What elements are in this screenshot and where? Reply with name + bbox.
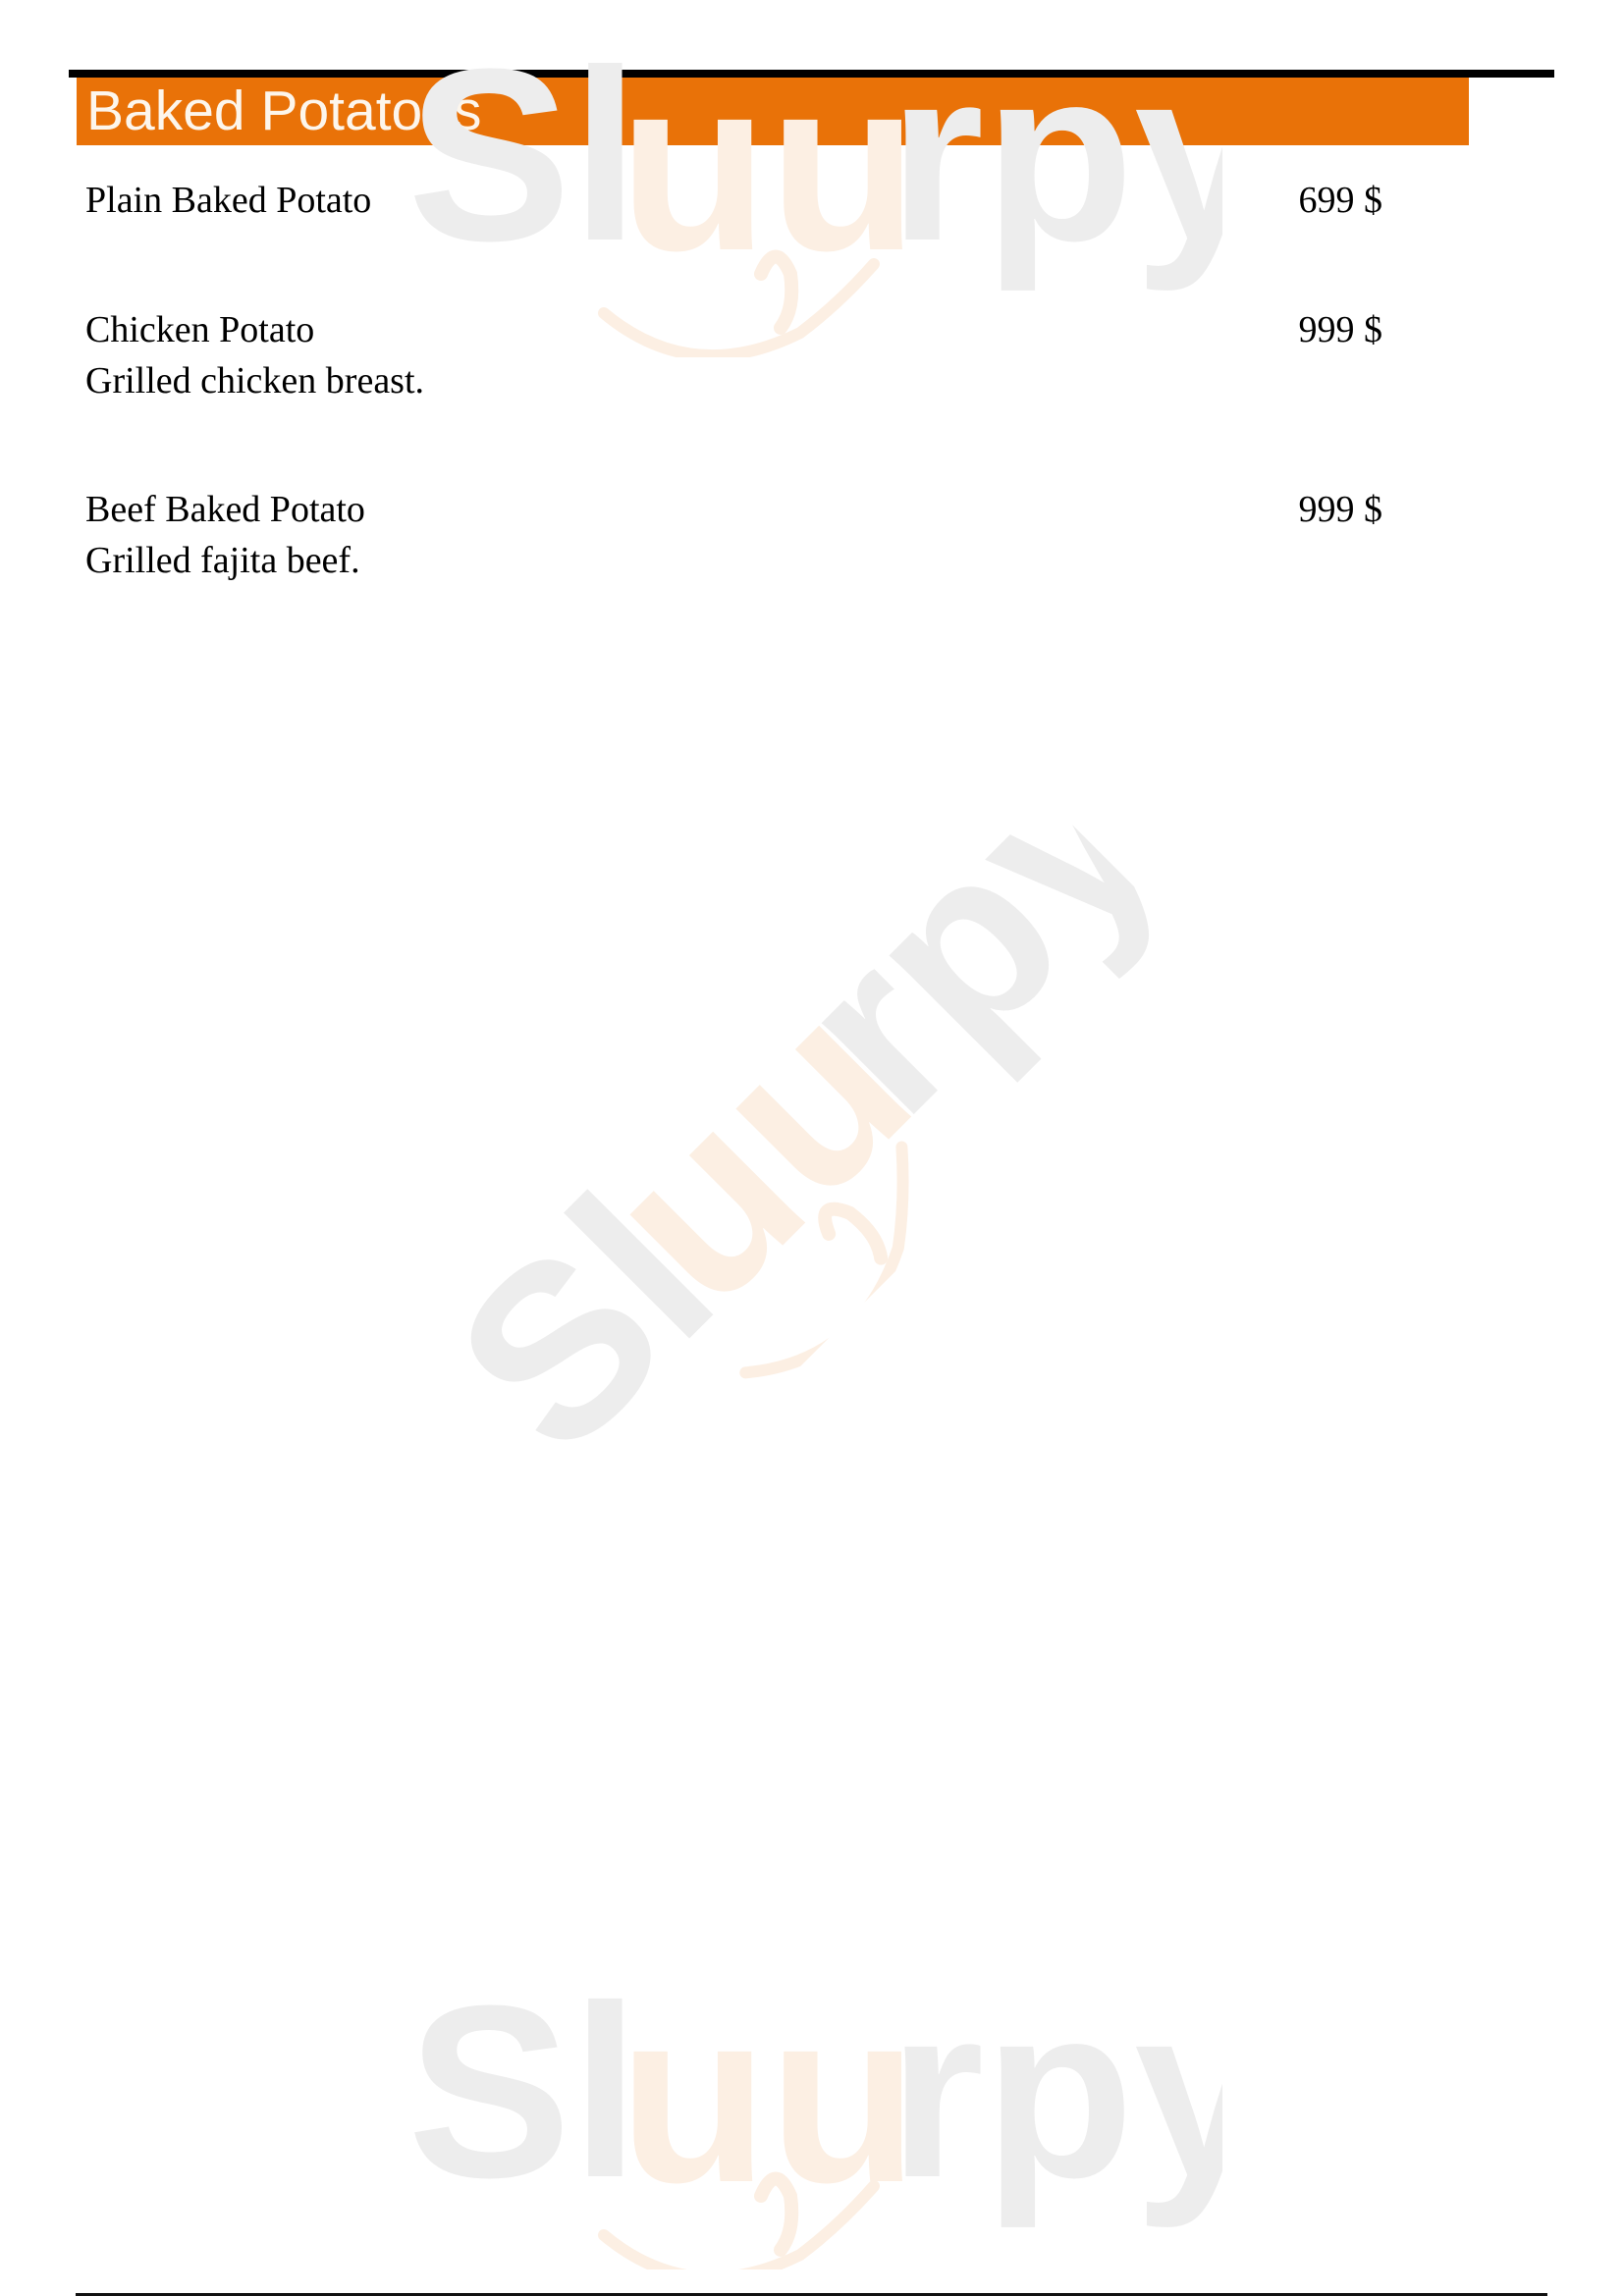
svg-text:uu: uu <box>554 948 959 1354</box>
menu-item: Beef Baked Potato Grilled fajita beef. 9… <box>85 484 1391 586</box>
menu-item: Plain Baked Potato 699 $ <box>85 175 1391 226</box>
sluurpy-watermark-logo: Sl uu rpy <box>422 751 1207 1535</box>
svg-text:rpy: rpy <box>745 751 1208 1162</box>
item-name: Chicken Potato <box>85 304 1391 355</box>
sluurpy-watermark-logo: Sl uu rpy <box>407 1975 1222 2269</box>
item-description: Grilled chicken breast. <box>85 355 1391 406</box>
section-title: Baked Potatoes <box>86 78 481 145</box>
svg-text:Sl: Sl <box>422 1146 762 1503</box>
top-rule <box>69 70 1554 78</box>
item-description: Grilled fajita beef. <box>85 535 1391 586</box>
svg-text:Sl: Sl <box>407 1975 639 2228</box>
item-price: 999 $ <box>1299 304 1383 355</box>
section-header-bar: Baked Potatoes <box>77 78 1469 145</box>
svg-text:rpy: rpy <box>889 1975 1222 2228</box>
item-name: Beef Baked Potato <box>85 484 1391 535</box>
item-price: 699 $ <box>1299 175 1383 226</box>
item-name: Plain Baked Potato <box>85 175 1391 226</box>
svg-text:uu: uu <box>619 1975 918 2233</box>
menu-item: Chicken Potato Grilled chicken breast. 9… <box>85 304 1391 406</box>
item-price: 999 $ <box>1299 484 1383 535</box>
